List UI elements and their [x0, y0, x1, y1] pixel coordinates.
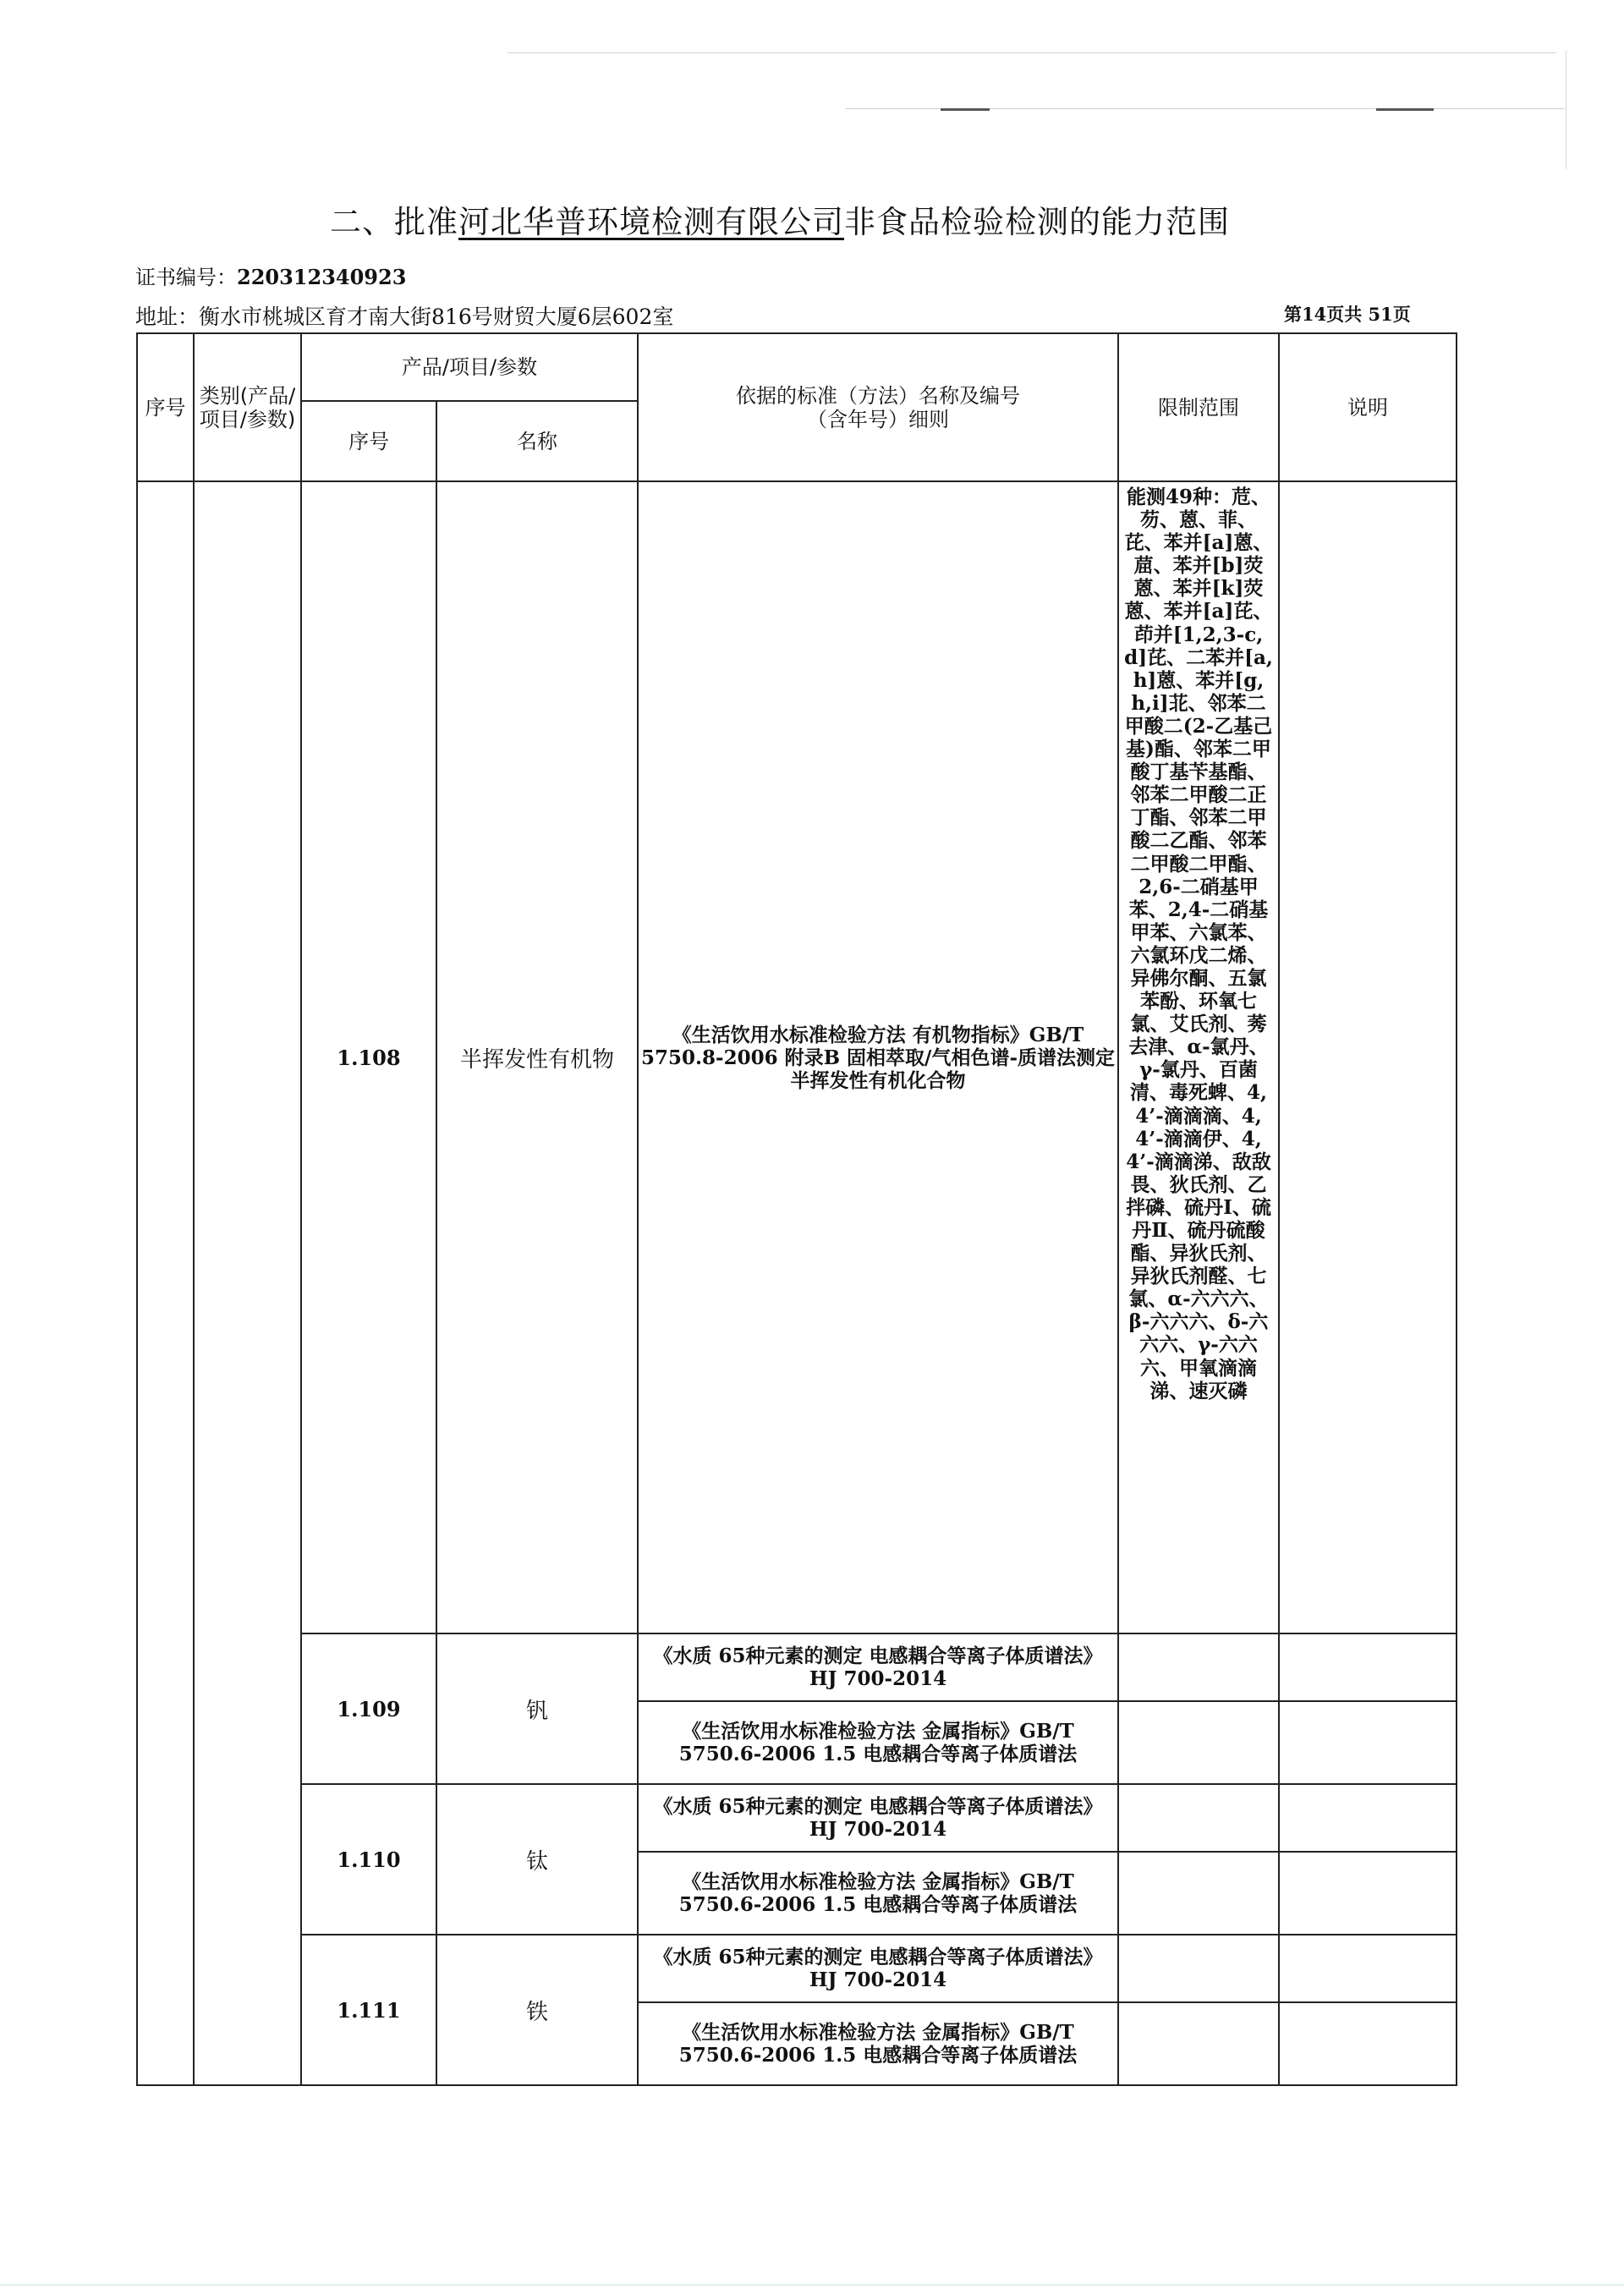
header-sub-name: 名称	[436, 401, 638, 481]
cell-limit	[1118, 1852, 1279, 1935]
table-row: 1.109 钒 《水质 65种元素的测定 电感耦合等离子体质谱法》 HJ 700…	[137, 1633, 1457, 1701]
cell-sub-seq: 1.108	[301, 481, 436, 1633]
cell-sub-seq: 1.110	[301, 1784, 436, 1935]
cell-method: 《生活饮用水标准检验方法 金属指标》GB/T 5750.6-2006 1.5 电…	[638, 1852, 1118, 1935]
cell-note	[1279, 1701, 1457, 1784]
cell-note	[1279, 1784, 1457, 1852]
cell-note	[1279, 2002, 1457, 2085]
cell-method: 《水质 65种元素的测定 电感耦合等离子体质谱法》 HJ 700-2014	[638, 1633, 1118, 1701]
capability-table: 序号 类别(产品/项目/参数) 产品/项目/参数 依据的标准（方法）名称及编号（…	[136, 332, 1457, 2086]
cell-note	[1279, 1852, 1457, 1935]
header-standard: 依据的标准（方法）名称及编号（含年号）细则	[638, 333, 1118, 481]
table-row: 1.111 铁 《水质 65种元素的测定 电感耦合等离子体质谱法》 HJ 700…	[137, 1935, 1457, 2002]
header-row: 序号 类别(产品/项目/参数) 产品/项目/参数 依据的标准（方法）名称及编号（…	[137, 333, 1457, 401]
title-suffix: 非食品检验检测的能力范围	[844, 204, 1230, 240]
cert-value: 220312340923	[237, 265, 406, 289]
scan-edge-line	[1566, 51, 1566, 169]
address: 地址：衡水市桃城区育才南大街816号财贸大厦6层602室	[135, 300, 673, 331]
cell-method: 《生活饮用水标准检验方法 有机物指标》GB/T 5750.8-2006 附录B …	[638, 481, 1118, 1633]
page-title: 二、批准河北华普环境检测有限公司非食品检验检测的能力范围	[330, 196, 1230, 242]
cell-method: 《生活饮用水标准检验方法 金属指标》GB/T 5750.6-2006 1.5 电…	[638, 1701, 1118, 1784]
cell-method: 《水质 65种元素的测定 电感耦合等离子体质谱法》 HJ 700-2014	[638, 1935, 1118, 2002]
cell-limit: 能测49种：苊、芴、蒽、菲、芘、苯并[a]蒽、䓛、苯并[b]荧蒽、苯并[k]荧蒽…	[1118, 481, 1279, 1633]
cell-limit	[1118, 2002, 1279, 2085]
page-indicator: 第14页共 51页	[1284, 301, 1411, 327]
cell-method: 《生活饮用水标准检验方法 金属指标》GB/T 5750.6-2006 1.5 电…	[638, 2002, 1118, 2085]
scan-mark	[1376, 108, 1434, 111]
cell-note	[1279, 481, 1457, 1633]
cert-label: 证书编号：	[135, 266, 237, 289]
cell-seq	[137, 481, 194, 2085]
header-product-group: 产品/项目/参数	[301, 333, 638, 401]
table-row: 1.110 钛 《水质 65种元素的测定 电感耦合等离子体质谱法》 HJ 700…	[137, 1784, 1457, 1852]
certificate-number: 证书编号：220312340923	[135, 261, 406, 290]
header-limit: 限制范围	[1118, 333, 1279, 481]
cell-limit	[1118, 1633, 1279, 1701]
cell-limit	[1118, 1784, 1279, 1852]
cell-name: 铁	[436, 1935, 638, 2085]
address-value: 衡水市桃城区育才南大街816号财贸大厦6层602室	[199, 305, 673, 329]
address-label: 地址：	[135, 305, 199, 329]
cell-sub-seq: 1.109	[301, 1633, 436, 1784]
header-seq: 序号	[137, 333, 194, 481]
title-company: 河北华普环境检测有限公司	[458, 204, 844, 240]
cell-name: 半挥发性有机物	[436, 481, 638, 1633]
cell-limit	[1118, 1701, 1279, 1784]
header-sub-seq: 序号	[301, 401, 436, 481]
header-note: 说明	[1279, 333, 1457, 481]
cell-name: 钒	[436, 1633, 638, 1784]
cell-limit	[1118, 1935, 1279, 2002]
cell-sub-seq: 1.111	[301, 1935, 436, 2085]
cell-category	[194, 481, 301, 2085]
scan-mark	[941, 108, 990, 111]
header-category: 类别(产品/项目/参数)	[194, 333, 301, 481]
table-row: 1.108 半挥发性有机物 《生活饮用水标准检验方法 有机物指标》GB/T 57…	[137, 481, 1457, 1633]
cell-method: 《水质 65种元素的测定 电感耦合等离子体质谱法》 HJ 700-2014	[638, 1784, 1118, 1852]
scan-edge-line	[0, 2284, 1624, 2286]
title-prefix: 二、批准	[330, 204, 458, 240]
cell-note	[1279, 1935, 1457, 2002]
scan-edge-line	[507, 52, 1556, 53]
cell-note	[1279, 1633, 1457, 1701]
cell-name: 钛	[436, 1784, 638, 1935]
